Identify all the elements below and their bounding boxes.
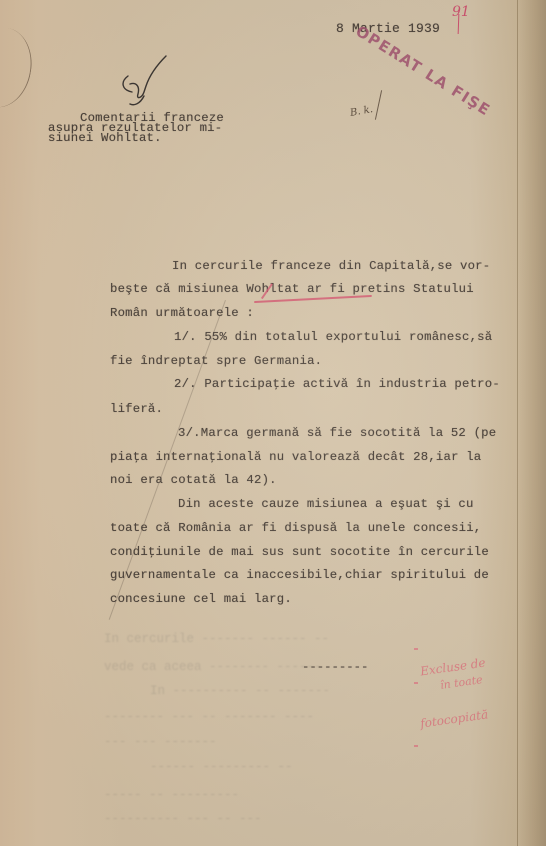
- bleed-through-text: vede ca aceea -------- ------: [104, 660, 322, 674]
- body-line: toate că România ar fi dispusă la unele …: [110, 522, 481, 534]
- document-date: 8 Martie 1939: [336, 22, 440, 35]
- red-margin-mark: [414, 648, 418, 650]
- folio-stroke: [458, 14, 460, 34]
- body-line: noi era cotată la 42).: [110, 474, 277, 486]
- body-line: piaţa internaţională nu valorează decât …: [110, 451, 481, 463]
- red-annotation: în toate: [439, 673, 483, 692]
- red-underline-wohltat: [254, 295, 372, 303]
- bleed-through-text: --- --- -------: [104, 735, 217, 749]
- pencil-stroke: [375, 90, 382, 120]
- body-line: fie îndreptat spre Germania.: [110, 355, 322, 367]
- margin-pencil-curve: [0, 28, 38, 112]
- bleed-through-text: ---------- --- -- ---: [104, 812, 262, 826]
- body-line: liferă.: [110, 403, 163, 415]
- body-line: In cercurile franceze din Capitală,se vo…: [172, 260, 490, 272]
- body-line: condiţiunile de mai sus sunt socotite în…: [110, 546, 489, 558]
- folio-number: 91: [452, 4, 470, 20]
- body-line: beşte că misiunea Wohltat ar fi pretins …: [110, 283, 474, 295]
- body-line: 3/.Marca germană să fie socotită la 52 (…: [178, 427, 496, 439]
- body-line: Din aceste cauze misiunea a eşuat şi cu: [178, 498, 474, 510]
- bleed-through-text: ------ --------- --: [150, 760, 293, 774]
- bleed-through-text: ----- -- ---------: [104, 788, 239, 802]
- body-line: 2/. Participaţie activă în industria pet…: [174, 378, 500, 390]
- page-edge: [517, 0, 546, 846]
- red-annotation: fotocopiată: [419, 707, 489, 730]
- bleed-through-text: In cercurile ------- ------ --: [104, 632, 329, 646]
- bleed-through-text: -------- --- -- ------- ----: [104, 710, 314, 724]
- body-line: 1/. 55% din totalul exportului românesc,…: [174, 331, 492, 343]
- body-line: concesiune cel mai larg.: [110, 593, 292, 605]
- document-page: 8 Martie 1939 91 OPERAT LA FIŞE B. k. Co…: [0, 0, 546, 846]
- body-line: Român următoarele :: [110, 307, 254, 319]
- handwritten-mark-icon: [110, 52, 170, 112]
- title-line-3: siunei Wohltat.: [48, 132, 162, 144]
- body-line: guvernamentale ca inaccesibile,chiar spi…: [110, 569, 489, 581]
- red-margin-mark: [414, 682, 418, 684]
- red-margin-mark: [414, 745, 418, 747]
- handwritten-initials: B. k.: [349, 104, 374, 119]
- bleed-through-text: In ---------- -- -------: [150, 684, 330, 698]
- operat-stamp: OPERAT LA FIŞE: [352, 22, 494, 120]
